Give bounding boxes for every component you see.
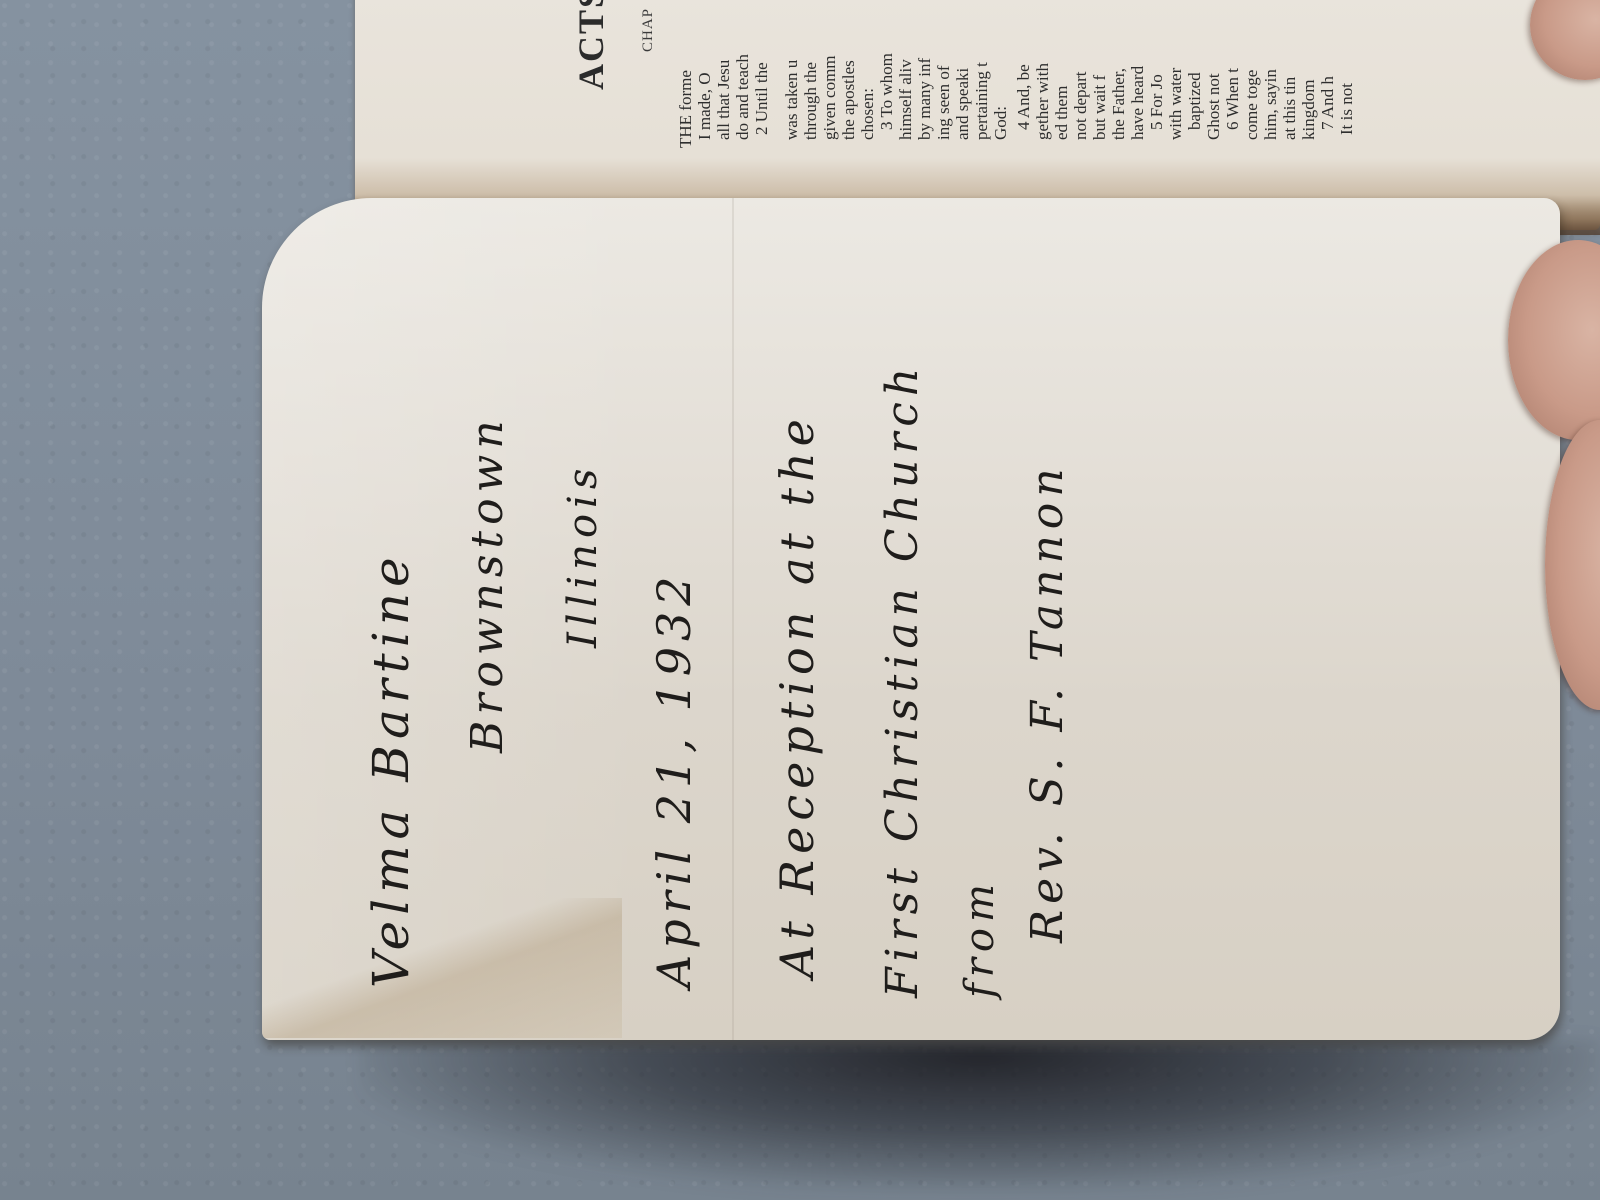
handwritten-endpaper: Velma Bartine Brownstown Illinois April … <box>262 198 1560 1040</box>
chapter-heading: CHAP <box>640 8 657 52</box>
verse-line: It is not <box>1338 83 1355 135</box>
verse-line: 2 Until the <box>753 62 770 135</box>
verse-line: 4 And, be <box>1015 64 1032 130</box>
verse-line: 7 And h <box>1319 76 1336 130</box>
verse-line: baptized <box>1186 72 1203 130</box>
verse-line: gether with <box>1034 63 1051 140</box>
verse-line: I made, O <box>696 72 713 140</box>
verse-line: and speaki <box>954 68 971 140</box>
verse-line: chosen: <box>859 88 876 140</box>
inscription-town: Brownstown <box>462 414 513 753</box>
inscription-giver: Rev. S. F. Tannon <box>1022 462 1073 943</box>
verse-line: ing seen of <box>935 65 952 140</box>
verse-line: the apostles <box>840 60 857 140</box>
inscription-place: First Christian Church <box>877 362 928 998</box>
inscription-date: April 21, 1932 <box>647 570 701 988</box>
inscription-recipient-name: Velma Bartine <box>362 551 420 988</box>
book-title: ACTS <box>570 0 612 90</box>
inscription-from-label: from <box>957 878 1003 998</box>
verse-line: all that Jesu <box>715 60 732 140</box>
inscription-occasion: At Reception at the <box>770 413 824 978</box>
verse-line: himself aliv <box>897 59 914 140</box>
verse-line: was taken u <box>783 60 800 140</box>
verse-line: come toge <box>1243 70 1260 140</box>
verse-line: by many inf <box>916 58 933 140</box>
printed-text-columns: ACTS CHAP THE forme I made, O all that J… <box>355 0 1600 190</box>
verse-line: have heard <box>1129 66 1146 140</box>
inscription-state: Illinois <box>560 463 606 648</box>
verse-line: 6 When t <box>1224 68 1241 130</box>
verse-line: the Father, <box>1110 68 1127 140</box>
verse-line: THE forme <box>677 70 694 148</box>
verse-line: pertaining t <box>973 62 990 140</box>
verse-line: him, sayin <box>1262 69 1279 140</box>
verse-line: 5 For Jo <box>1148 74 1165 130</box>
verse-line: God: <box>992 106 1009 140</box>
verse-line: but wait f <box>1091 75 1108 140</box>
book-shadow <box>360 1040 1600 1190</box>
verse-line: not depart <box>1072 72 1089 140</box>
verse-line: at this tin <box>1281 77 1298 140</box>
verse-line: kingdom <box>1300 80 1317 140</box>
verse-line: 3 To whom <box>878 53 895 130</box>
verse-line: with water <box>1167 68 1184 140</box>
verse-line: ed them <box>1053 86 1070 140</box>
verse-line: given comm <box>821 55 838 140</box>
verse-line: Ghost not <box>1205 73 1222 140</box>
verse-line: do and teach <box>734 54 751 140</box>
verse-line: through the <box>802 62 819 140</box>
